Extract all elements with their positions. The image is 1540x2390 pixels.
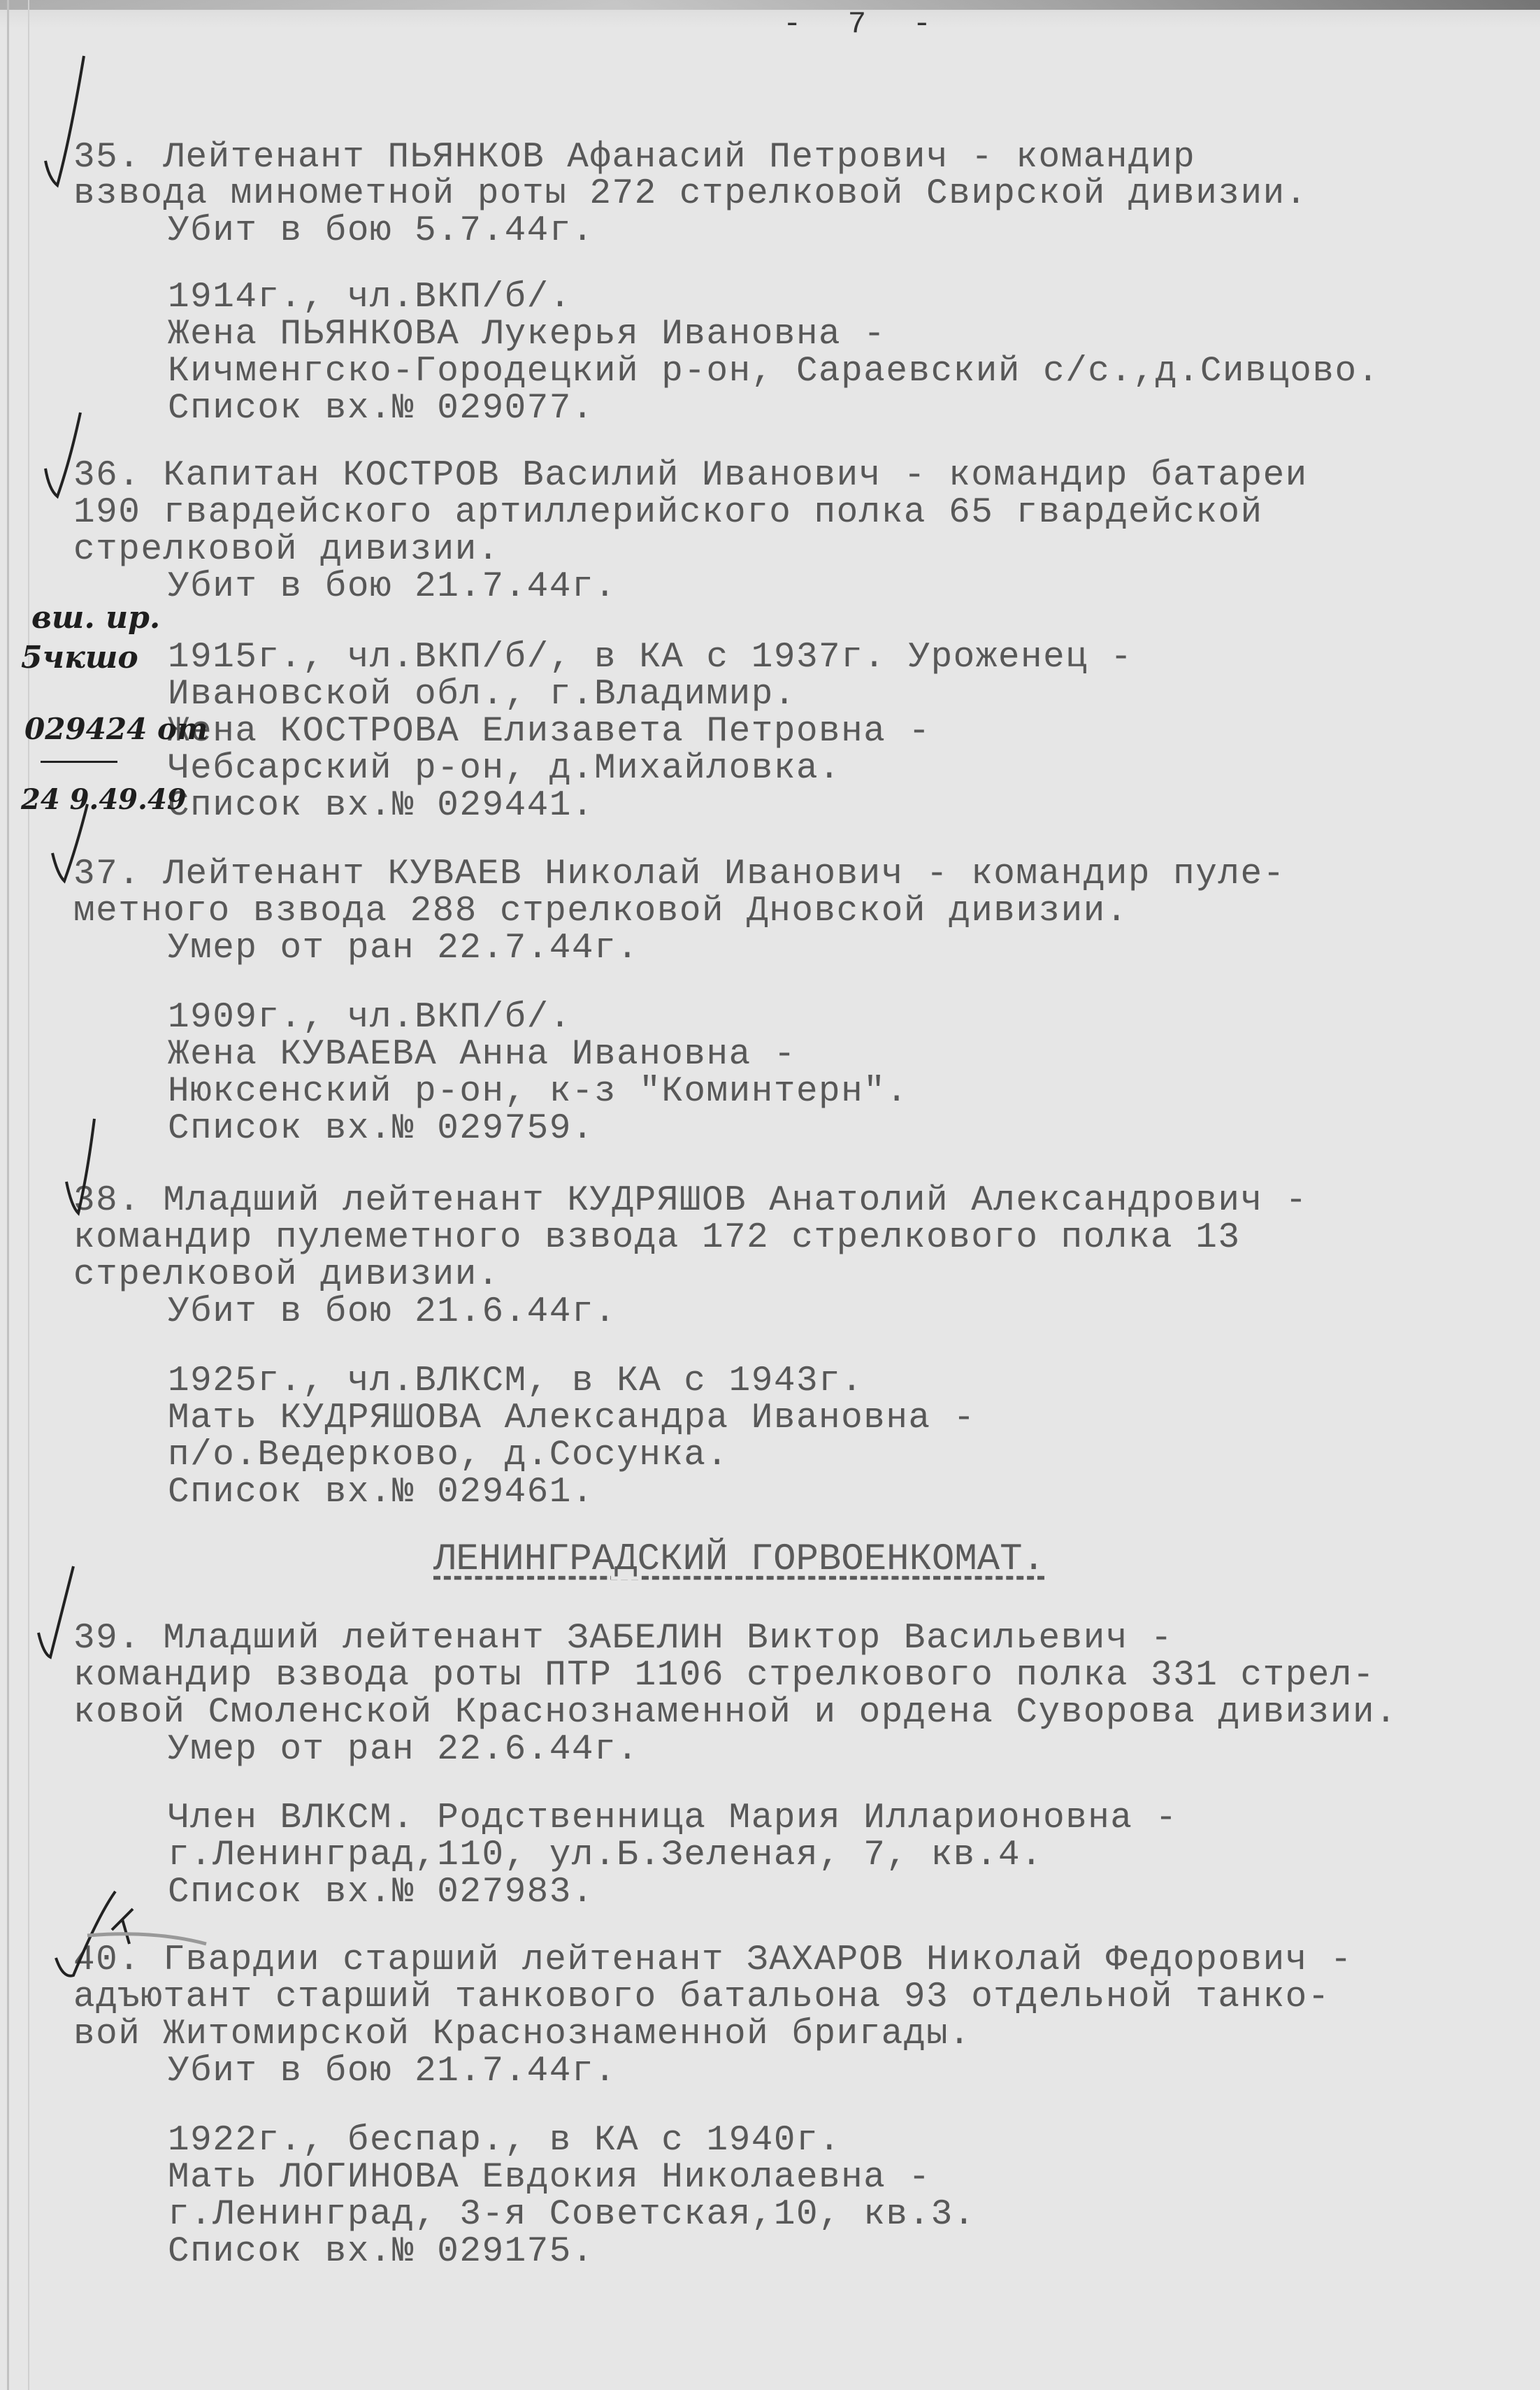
entry-40-line: г.Ленинград, 3-я Советская,10, кв.3.: [168, 2197, 976, 2233]
entry-38-line: п/о.Ведерково, д.Сосунка.: [168, 1438, 729, 1473]
entry-36-line: 190 гвардейского артиллерийского полка 6…: [73, 495, 1263, 531]
entry-38-line: 1925г., чл.ВЛКСМ, в КА с 1943г.: [168, 1364, 863, 1399]
handwritten-note: 5чкшо: [21, 640, 138, 675]
entry-37-line: Нюксенский р-он, к-з "Коминтерн".: [168, 1074, 908, 1110]
checkmark-icon: [35, 1566, 84, 1664]
section-heading: ЛЕНИНГРАДСКИЙ ГОРВОЕНКОМАТ.: [433, 1538, 1045, 1581]
entry-38-line: Мать КУДРЯШОВА Александра Ивановна -: [168, 1401, 976, 1436]
entry-36-line: Жена КОСТРОВА Елизавета Петровна -: [168, 714, 931, 750]
handwritten-note: 029424 от: [24, 712, 208, 746]
handwritten-note: 24 9.49.49: [21, 783, 187, 816]
entry-37-line: Жена КУВАЕВА Анна Ивановна -: [168, 1037, 796, 1073]
entry-39-line: Член ВЛКСМ. Родственница Мария Илларионо…: [168, 1801, 1178, 1836]
entry-36-line: 1915г., чл.ВКП/б/, в КА с 1937г. Урожене…: [168, 640, 1133, 675]
entry-37-line: 1909г., чл.ВКП/б/.: [168, 1000, 572, 1036]
checkmark-icon: [49, 804, 98, 888]
entry-40-line: Мать ЛОГИНОВА Евдокия Николаевна -: [168, 2160, 931, 2196]
entry-39-line: ковой Смоленской Краснознаменной и орден…: [73, 1695, 1397, 1731]
entry-40-line: вой Житомирской Краснознаменной бригады.: [73, 2017, 971, 2052]
entry-40-line: 1922г., беспар., в КА с 1940г.: [168, 2123, 841, 2159]
entry-35-line: Жена ПЬЯНКОВА Лукерья Ивановна -: [168, 317, 886, 352]
entry-39-line: командир взвода роты ПТР 1106 стрелковог…: [73, 1658, 1375, 1694]
checkmark-icon: [42, 56, 91, 196]
checkmark-icon: [49, 1888, 161, 1979]
entry-35-list: Список вх.№ 029077.: [168, 391, 594, 427]
entry-39-line: 39. Младший лейтенант ЗАБЕЛИН Виктор Вас…: [73, 1621, 1173, 1656]
entry-36-line: Чебсарский р-он, д.Михайловка.: [168, 751, 841, 787]
margin-line: [7, 0, 9, 2390]
entry-35-line: 1914г., чл.ВКП/б/.: [168, 280, 572, 315]
document-page: - 7 - 35. Лейтенант ПЬЯНКОВ Афанасий Пет…: [0, 0, 1540, 2390]
entry-37-line: 37. Лейтенант КУВАЕВ Николай Иванович - …: [73, 857, 1286, 892]
entry-39-death: Умер от ран 22.6.44г.: [168, 1732, 639, 1768]
entry-37-death: Умер от ран 22.7.44г.: [168, 931, 639, 966]
page-number: - 7 -: [783, 7, 945, 42]
checkmark-icon: [42, 413, 91, 503]
entry-40-list: Список вх.№ 029175.: [168, 2234, 594, 2270]
handwritten-arrow: [41, 761, 117, 763]
entry-38-list: Список вх.№ 029461.: [168, 1475, 594, 1510]
handwritten-note: вш. ир.: [31, 600, 160, 636]
entry-35-death: Убит в бою 5.7.44г.: [168, 213, 594, 249]
entry-36-line: Ивановской обл., г.Владимир.: [168, 677, 796, 713]
entry-36-list: Список вх.№ 029441.: [168, 788, 594, 824]
entry-38-line: командир пулеметного взвода 172 стрелков…: [73, 1220, 1240, 1256]
entry-38-line: стрелковой дивизии.: [73, 1257, 500, 1293]
entry-35-line: Кичменгско-Городецкий р-он, Сараевский с…: [168, 354, 1380, 389]
entry-39-line: г.Ленинград,110, ул.Б.Зеленая, 7, кв.4.: [168, 1838, 1043, 1873]
entry-36-line: 36. Капитан КОСТРОВ Василий Иванович - к…: [73, 458, 1308, 494]
margin-line: [28, 0, 29, 2390]
entry-40-line: адъютант старший танкового батальона 93 …: [73, 1980, 1330, 2015]
entry-38-line: 38. Младший лейтенант КУДРЯШОВ Анатолий …: [73, 1183, 1308, 1219]
entry-35-line: 35. Лейтенант ПЬЯНКОВ Афанасий Петрович …: [73, 140, 1195, 176]
entry-36-death: Убит в бою 21.7.44г.: [168, 569, 617, 605]
paper-top-edge: [0, 0, 1540, 10]
entry-40-death: Убит в бою 21.7.44г.: [168, 2054, 617, 2089]
entry-35-line: взвода минометной роты 272 стрелковой Св…: [73, 176, 1308, 212]
checkmark-icon: [63, 1119, 112, 1217]
entry-37-list: Список вх.№ 029759.: [168, 1111, 594, 1147]
entry-39-list: Список вх.№ 027983.: [168, 1875, 594, 1910]
entry-38-death: Убит в бою 21.6.44г.: [168, 1294, 617, 1330]
entry-37-line: метного взвода 288 стрелковой Дновской д…: [73, 894, 1128, 929]
entry-36-line: стрелковой дивизии.: [73, 532, 500, 568]
entry-40-line: 40. Гвардии старший лейтенант ЗАХАРОВ Ни…: [73, 1942, 1353, 1978]
